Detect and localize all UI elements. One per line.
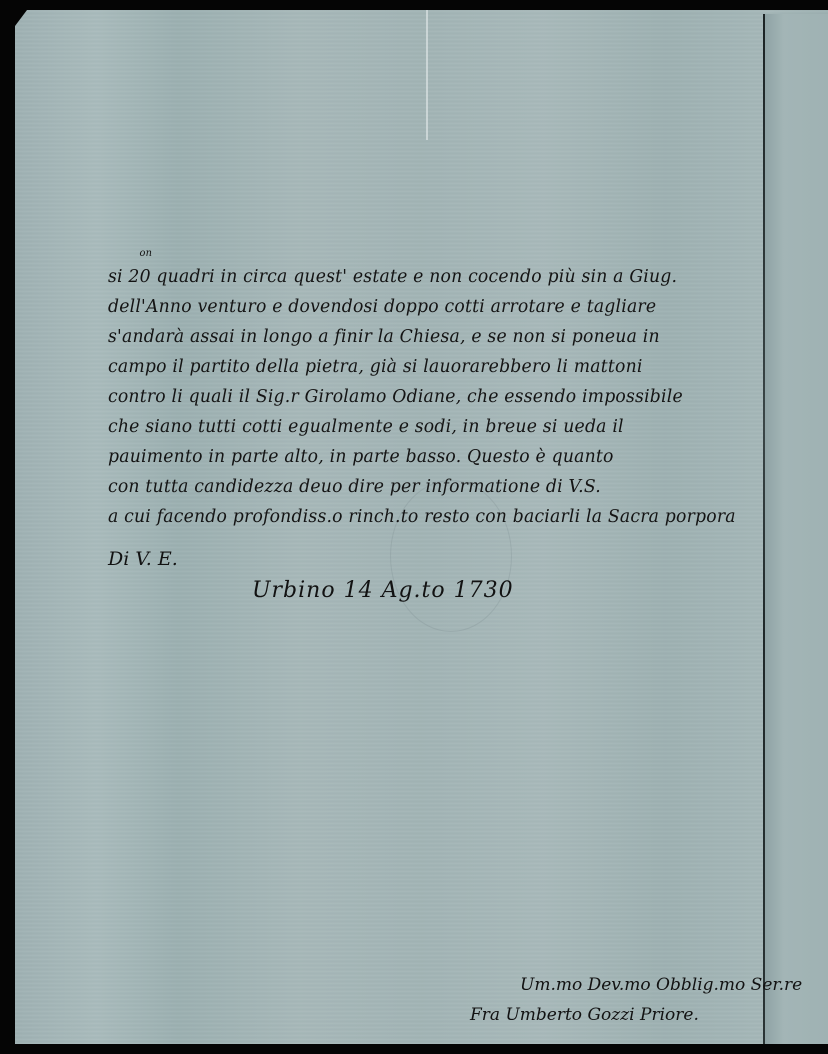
letter-line: on si 20 quadri in circa quest' estate e… bbox=[108, 262, 768, 292]
letter-line: contro li quali il Sig.r Girolamo Odiane… bbox=[108, 382, 768, 412]
letter-body: on si 20 quadri in circa quest' estate e… bbox=[108, 262, 778, 532]
letter-line: a cui facendo profondiss.o rinch.to rest… bbox=[108, 502, 768, 532]
letter-line: pauimento in parte alto, in parte basso.… bbox=[108, 442, 768, 472]
closing-salutation: Di V. E. bbox=[108, 548, 178, 570]
superscript-correction: on bbox=[140, 248, 153, 260]
torn-corner bbox=[15, 10, 27, 26]
signature-formula: Um.mo Dev.mo Obblig.mo Ser.re bbox=[470, 970, 802, 1000]
letter-line: s'andarà assai in longo a finir la Chies… bbox=[108, 322, 768, 352]
place-and-date: Urbino 14 Ag.to 1730 bbox=[252, 578, 514, 603]
letter-line: campo il partito della pietra, già si la… bbox=[108, 352, 768, 382]
signature-block: Um.mo Dev.mo Obblig.mo Ser.re Fra Umbert… bbox=[470, 970, 802, 1030]
letter-line: dell'Anno venturo e dovendosi doppo cott… bbox=[108, 292, 768, 322]
signature-name: Fra Umberto Gozzi Priore. bbox=[470, 1000, 802, 1030]
letter-line: che siano tutti cotti egualmente e sodi,… bbox=[108, 412, 768, 442]
manuscript-scan: on si 20 quadri in circa quest' estate e… bbox=[0, 0, 828, 1054]
letter-line: con tutta candidezza deuo dire per infor… bbox=[108, 472, 768, 502]
